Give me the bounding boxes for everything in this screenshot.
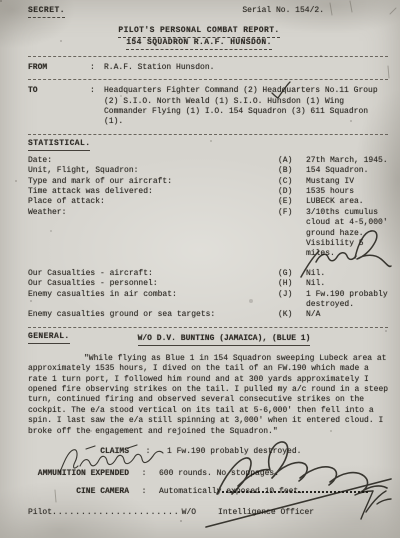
stat-code: (E) [278,197,306,207]
stat-value: Nil. [306,269,390,279]
combat-report-page: SECRET. Serial No. 154/2. PILOT'S PERSON… [0,0,400,538]
classification-stamp: SECRET. [28,6,65,18]
from-label: FROM [28,63,90,73]
stat-label: Unit, Flight, Squadron: [28,166,278,176]
pilot-rank: W/O [182,508,196,518]
stat-value: LUBECK area. [306,197,390,207]
ammunition-value: 600 rounds. No stoppages. [159,469,390,479]
pilot-subject-text: W/O D.V. BUNTING (JAMAICA), (BLUE 1) [138,334,311,346]
stat-label: Enemy casualties ground or sea targets: [28,310,278,320]
statistical-heading: STATISTICAL. [28,139,90,151]
stat-row-weather: Weather: (F) 3/10ths cumulus cloud at 4-… [28,208,390,260]
serial-number: Serial No. 154/2. [242,6,324,16]
stat-value: 27th March, 1945. [306,156,390,166]
stat-code: (A) [278,156,306,166]
stat-code: (G) [278,269,306,279]
stat-code: (F) [278,208,306,260]
ammunition-colon: : [129,469,159,479]
stat-label: Enemy casualties in air combat: [28,290,278,311]
to-row: TO : Headquarters Fighter Command (2) He… [28,86,390,128]
stat-row-place: Place of attack: (E) LUBECK area. [28,197,390,207]
separator-line [28,56,388,57]
stat-code: (K) [278,310,306,320]
page-content: SECRET. Serial No. 154/2. PILOT'S PERSON… [0,0,400,519]
signature-row: Pilot......................W/OIntelligen… [28,508,390,518]
page-header: SECRET. Serial No. 154/2. [28,6,390,19]
stat-label: Our Casualties - personnel: [28,279,278,289]
statistical-table: Date: (A) 27th March, 1945. Unit, Flight… [28,156,390,321]
pilot-signature-label: Pilot [28,508,52,518]
stat-row-enemy-ground: Enemy casualties ground or sea targets: … [28,310,390,320]
squadron-subtitle: 154 SQUADRON R.A.F. HUNSDON. [126,38,272,50]
intelligence-officer-signature-line [222,491,368,493]
separator-line [28,134,388,135]
claims-colon: : [129,447,167,457]
cine-camera-label: CINE CAMERA [28,487,129,497]
stat-label: Date: [28,156,278,166]
statistical-section: STATISTICAL. [28,139,390,151]
stat-row-casualties-personnel: Our Casualties - personnel: (H) Nil. [28,279,390,289]
stat-value: 154 Squadron. [306,166,390,176]
combat-narrative: "While flying as Blue 1 in 154 Squadron … [28,354,392,437]
stat-value: 3/10ths cumulus cloud at 4-5,000' ground… [306,208,390,260]
general-section-header: GENERAL. W/O D.V. BUNTING (JAMAICA), (BL… [28,332,390,346]
title-block: PILOT'S PERSONAL COMBAT REPORT. 154 SQUA… [18,26,380,50]
ammunition-row: AMMUNITION EXPENDED : 600 rounds. No sto… [28,469,390,479]
stat-label: Weather: [28,208,278,260]
claims-row: CLAIMS : 1 Fw.190 probably destroyed. [28,447,390,457]
from-value: R.A.F. Station Hunsdon. [104,63,390,73]
stat-label: Type and mark of our aircraft: [28,177,278,187]
cine-camera-colon: : [129,487,159,497]
stat-code: (J) [278,290,306,311]
ammunition-label: AMMUNITION EXPENDED [28,469,129,479]
stat-label: Our Casualties - aircraft: [28,269,278,279]
stat-value: 1535 hours [306,187,390,197]
stat-value: Mustang IV [306,177,390,187]
stat-row-unit: Unit, Flight, Squadron: (B) 154 Squadron… [28,166,390,176]
to-value: Headquarters Fighter Command (2) Headqua… [104,86,390,128]
from-row: FROM : R.A.F. Station Hunsdon. [28,63,390,73]
stat-row-aircraft-type: Type and mark of our aircraft: (C) Musta… [28,177,390,187]
stat-value: Nil. [306,279,390,289]
pilot-subject-line: W/O D.V. BUNTING (JAMAICA), (BLUE 1) [28,334,390,346]
claims-value: 1 Fw.190 probably destroyed. [167,447,390,457]
separator-line [28,327,388,328]
separator-line [28,79,388,80]
stat-row-enemy-air: Enemy casualties in air combat: (J) 1 Fw… [28,290,390,311]
claims-label: CLAIMS [28,447,129,457]
stat-row-date: Date: (A) 27th March, 1945. [28,156,390,166]
stat-label: Place of attack: [28,197,278,207]
stat-code: (C) [278,177,306,187]
to-label: TO [28,86,90,128]
stat-label: Time attack was delivered: [28,187,278,197]
intelligence-officer-label: Intelligence Officer [218,508,314,518]
from-colon: : [90,63,104,73]
stat-row-casualties-aircraft: Our Casualties - aircraft: (G) Nil. [28,269,390,279]
stat-value: N/A [306,310,390,320]
stat-code: (H) [278,279,306,289]
report-title: PILOT'S PERSONAL COMBAT REPORT. [118,26,279,38]
to-colon: : [90,86,104,128]
stat-value: 1 Fw.190 probably destroyed. [306,290,390,311]
stat-row-time: Time attack was delivered: (D) 1535 hour… [28,187,390,197]
stat-code: (D) [278,187,306,197]
stat-code: (B) [278,166,306,176]
pilot-signature-dots: ...................... [52,508,180,518]
